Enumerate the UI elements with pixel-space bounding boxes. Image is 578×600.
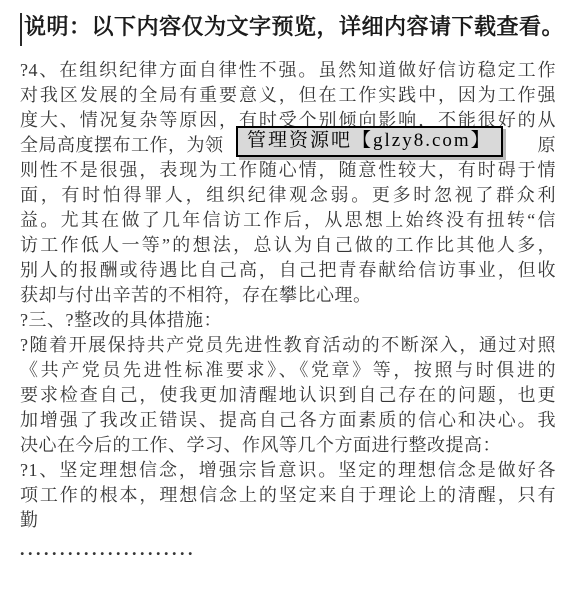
text-line: 面，有时怕得罪人，组织纪律观念弱。更多时忽视了群众利 <box>20 183 556 208</box>
text-line: 别人的报酬或待遇比自己高，自己把青春献给信访事业，但收 <box>20 258 556 283</box>
text-line: ?三、?整改的具体措施： <box>20 308 556 333</box>
text-line: 《共产党员先进性标准要求》、《党章》等，按照与时俱进的 <box>20 358 556 383</box>
text-line: ?随着开展保持共产党员先进性教育活动的不断深入，通过对照 <box>20 333 556 358</box>
text-line: 益。尤其在做了几年信访工作后，从思想上始终没有扭转“信 <box>20 208 556 233</box>
text-line: 项工作的根本，理想信念上的坚定来自于理论上的清醒，只有 <box>20 483 556 508</box>
text-line: 决心在今后的工作、学习、作风等几个方面进行整改提高： <box>20 433 556 458</box>
text-line: 对我区发展的全局有重要意义，但在工作实践中，因为工作强 <box>20 83 556 108</box>
text-line: 勤 <box>20 508 556 533</box>
text-cursor-caret <box>20 13 22 46</box>
text-line: 要求检查自己，使我更加清醒地认识到自己存在的问题，也更 <box>20 383 556 408</box>
text-line: ?4、在组织纪律方面自律性不强。虽然知道做好信访稳定工作 <box>20 58 556 83</box>
preview-notice: 说明：以下内容仅为文字预览，详细内容请下载查看。 <box>24 10 564 41</box>
text-line: 访工作低人一等”的想法，总认为自己做的工作比其他人多， <box>20 233 556 258</box>
ellipsis-line: ...................... <box>20 537 556 562</box>
text-line: 则性不是很强，表现为工作随心情，随意性较大，有时碍于情 <box>20 158 556 183</box>
document-preview-page: 说明：以下内容仅为文字预览，详细内容请下载查看。 ?4、在组织纪律方面自律性不强… <box>0 0 578 600</box>
text-line: 加增强了我改正错误、提高自己各方面素质的信心和决心。我 <box>20 408 556 433</box>
text-segment-left: 全局高度摆布工作，为领 <box>20 133 224 158</box>
text-line: 获却与付出辛苦的不相符，存在攀比心理。 <box>20 283 556 308</box>
text-segment-right: 原 <box>538 133 557 158</box>
watermark-ad-box[interactable]: 管理资源吧【glzy8.com】 <box>236 126 503 157</box>
text-line: ?1、坚定理想信念，增强宗旨意识。坚定的理想信念是做好各 <box>20 458 556 483</box>
